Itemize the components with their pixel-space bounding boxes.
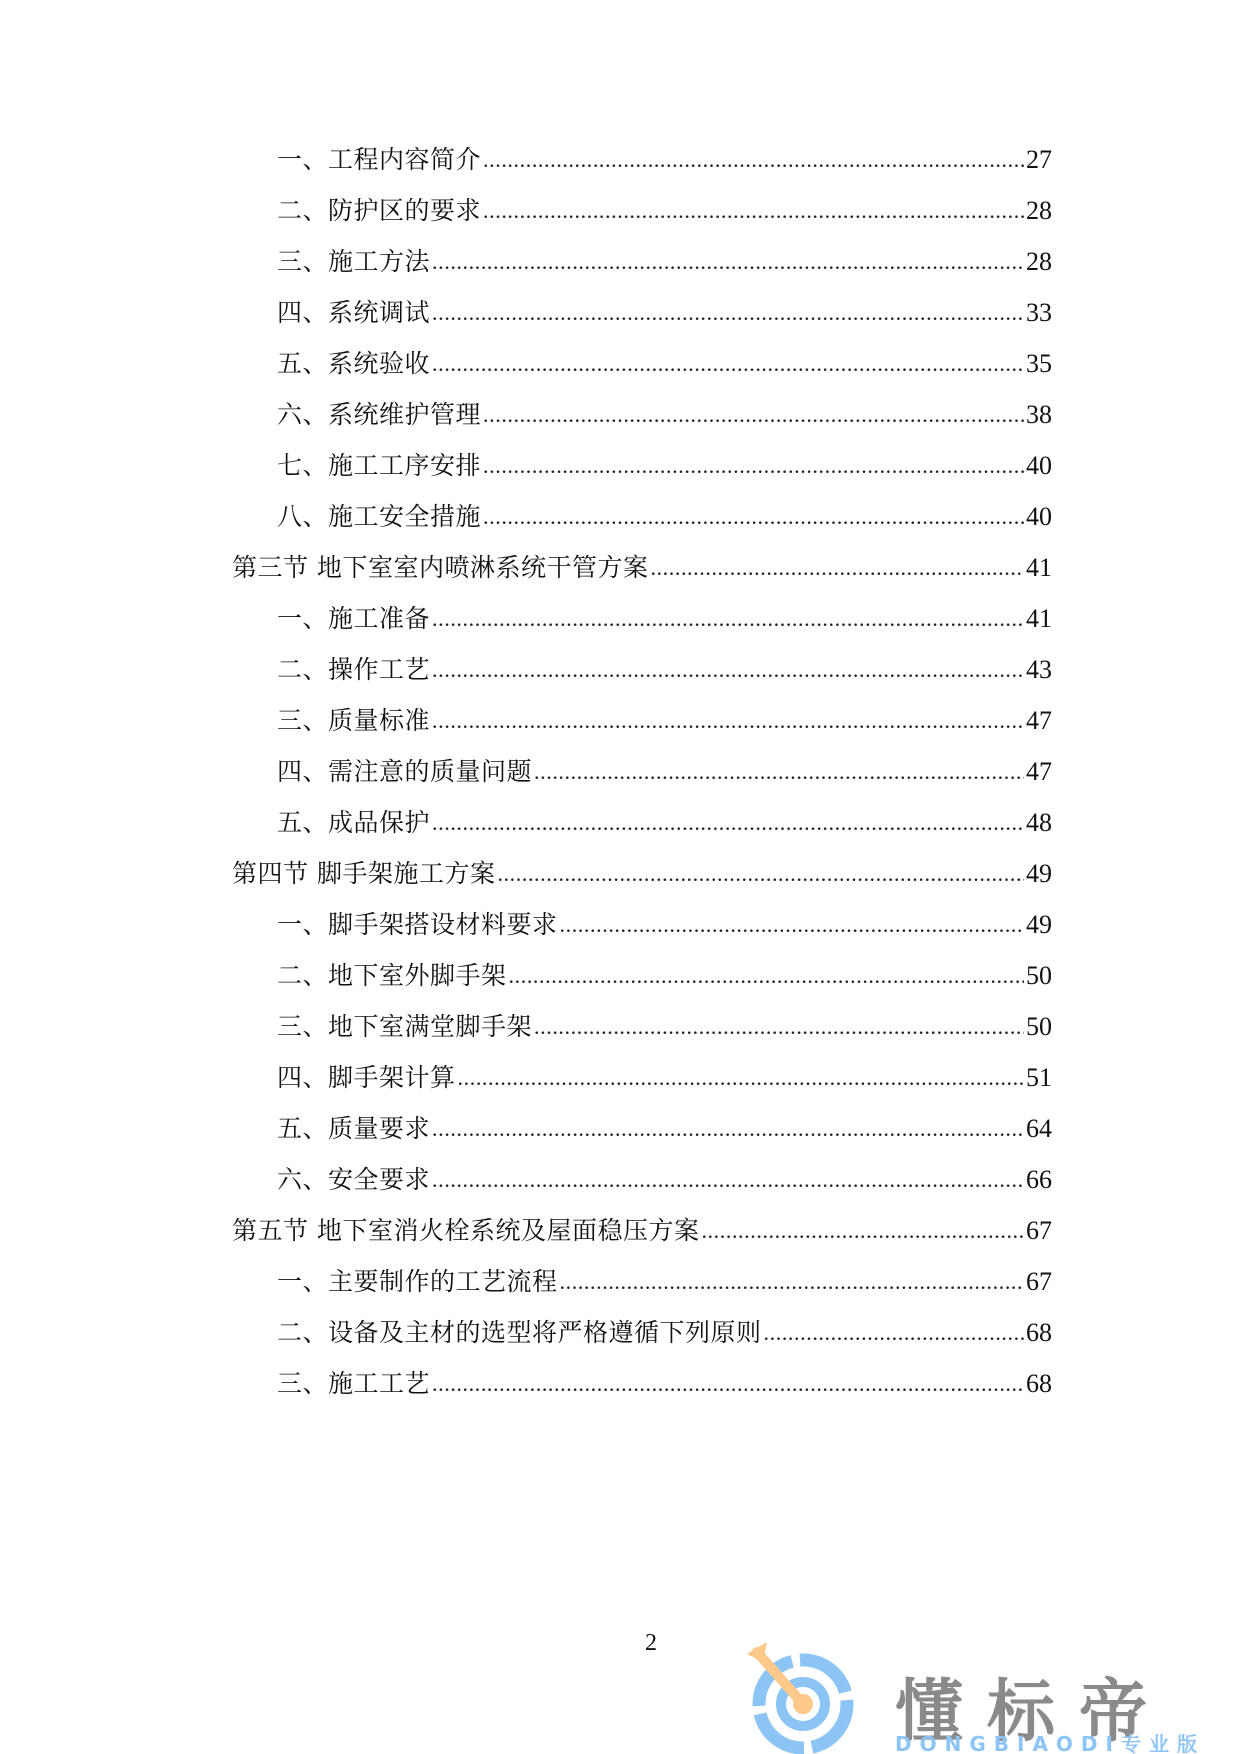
watermark-logo: 懂标帝 DONGBIAODI专业版 [745, 1640, 1241, 1754]
toc-entry-title: 二、设备及主材的选型将严格遵循下列原则 [277, 1318, 762, 1348]
dot-leader [483, 196, 1024, 226]
toc-entry[interactable]: 二、操作工艺43 [277, 645, 1052, 685]
toc-entry-page: 67 [1026, 1216, 1052, 1246]
dot-leader [509, 961, 1024, 991]
toc-entry-title: 一、脚手架搭设材料要求 [277, 910, 558, 940]
toc-entry-title: 六、系统维护管理 [277, 400, 481, 430]
dot-leader [560, 1267, 1024, 1297]
toc-entry[interactable]: 一、施工准备41 [277, 594, 1052, 634]
target-arrow-icon [745, 1640, 865, 1754]
toc-entry[interactable]: 三、地下室满堂脚手架50 [277, 1002, 1052, 1042]
toc-entry-page: 68 [1026, 1318, 1052, 1348]
toc-entry-page: 41 [1026, 604, 1052, 634]
toc-entry-page: 64 [1026, 1114, 1052, 1144]
dot-leader [483, 502, 1024, 532]
toc-entry-title: 四、脚手架计算 [277, 1063, 456, 1093]
toc-entry-page: 49 [1026, 910, 1052, 940]
toc-entry[interactable]: 一、主要制作的工艺流程67 [277, 1257, 1052, 1297]
toc-entry-page: 33 [1026, 298, 1052, 328]
toc-entry[interactable]: 三、施工工艺68 [277, 1359, 1052, 1399]
toc-entry[interactable]: 八、施工安全措施40 [277, 492, 1052, 532]
toc-entry[interactable]: 四、系统调试33 [277, 288, 1052, 328]
dot-leader [432, 247, 1024, 277]
toc-entry-title: 三、地下室满堂脚手架 [277, 1012, 532, 1042]
toc-entry[interactable]: 三、施工方法28 [277, 237, 1052, 277]
toc-section[interactable]: 第五节 地下室消火栓系统及屋面稳压方案67 [232, 1206, 1052, 1246]
toc-entry-title: 五、系统验收 [277, 349, 430, 379]
dot-leader [432, 655, 1024, 685]
dot-leader [432, 706, 1024, 736]
toc-entry-title: 二、地下室外脚手架 [277, 961, 507, 991]
toc-entry[interactable]: 四、需注意的质量问题47 [277, 747, 1052, 787]
watermark-subtitle: DONGBIAODI专业版 [895, 1728, 1205, 1754]
toc-entry[interactable]: 六、系统维护管理38 [277, 390, 1052, 430]
toc-entry-title: 一、工程内容简介 [277, 145, 481, 175]
toc-entry-title: 八、施工安全措施 [277, 502, 481, 532]
toc-entry[interactable]: 六、安全要求66 [277, 1155, 1052, 1195]
toc-entry-page: 67 [1026, 1267, 1052, 1297]
toc-entry-page: 40 [1026, 451, 1052, 481]
toc-entry-page: 41 [1026, 553, 1052, 583]
toc-entry[interactable]: 三、质量标准47 [277, 696, 1052, 736]
toc-entry[interactable]: 二、设备及主材的选型将严格遵循下列原则68 [277, 1308, 1052, 1348]
page-number: 2 [645, 1630, 657, 1657]
toc-entry-title: 四、需注意的质量问题 [277, 757, 532, 787]
toc-entry-title: 三、施工方法 [277, 247, 430, 277]
toc-entry[interactable]: 五、质量要求64 [277, 1104, 1052, 1144]
toc-entry-page: 28 [1026, 196, 1052, 226]
dot-leader [560, 910, 1024, 940]
toc-entry-page: 50 [1026, 1012, 1052, 1042]
dot-leader [432, 808, 1024, 838]
toc-entry-page: 28 [1026, 247, 1052, 277]
toc-entry-page: 49 [1026, 859, 1052, 889]
toc-entry-title: 第三节 地下室室内喷淋系统干管方案 [232, 553, 648, 583]
dot-leader [432, 1114, 1024, 1144]
toc-entry-title: 三、质量标准 [277, 706, 430, 736]
toc-entry-page: 35 [1026, 349, 1052, 379]
toc-entry-page: 50 [1026, 961, 1052, 991]
dot-leader [764, 1318, 1024, 1348]
toc-entry[interactable]: 一、工程内容简介27 [277, 135, 1052, 175]
dot-leader [483, 451, 1024, 481]
toc-entry-page: 43 [1026, 655, 1052, 685]
dot-leader [432, 298, 1024, 328]
toc-entry-title: 六、安全要求 [277, 1165, 430, 1195]
dot-leader [483, 400, 1024, 430]
toc-entry-page: 66 [1026, 1165, 1052, 1195]
dot-leader [497, 859, 1024, 889]
toc-entry[interactable]: 五、系统验收35 [277, 339, 1052, 379]
dot-leader [432, 1165, 1024, 1195]
toc-entry-title: 第五节 地下室消火栓系统及屋面稳压方案 [232, 1216, 699, 1246]
toc-entry-title: 五、成品保护 [277, 808, 430, 838]
dot-leader [534, 757, 1024, 787]
dot-leader [458, 1063, 1024, 1093]
dot-leader [534, 1012, 1024, 1042]
toc-entry-page: 68 [1026, 1369, 1052, 1399]
toc-entry-title: 一、主要制作的工艺流程 [277, 1267, 558, 1297]
toc-entry-page: 47 [1026, 757, 1052, 787]
toc-entry-title: 二、防护区的要求 [277, 196, 481, 226]
toc-entry-page: 38 [1026, 400, 1052, 430]
dot-leader [432, 349, 1024, 379]
toc-section[interactable]: 第三节 地下室室内喷淋系统干管方案41 [232, 543, 1052, 583]
toc-entry-page: 40 [1026, 502, 1052, 532]
toc-entry-title: 第四节 脚手架施工方案 [232, 859, 495, 889]
toc-entry-page: 27 [1026, 145, 1052, 175]
toc-entry-title: 四、系统调试 [277, 298, 430, 328]
dot-leader [650, 553, 1024, 583]
toc-entry-page: 51 [1026, 1063, 1052, 1093]
toc-entry[interactable]: 二、地下室外脚手架50 [277, 951, 1052, 991]
toc-entry[interactable]: 二、防护区的要求28 [277, 186, 1052, 226]
dot-leader [432, 604, 1024, 634]
toc-entry-page: 48 [1026, 808, 1052, 838]
toc-entry-title: 三、施工工艺 [277, 1369, 430, 1399]
dot-leader [701, 1216, 1024, 1246]
toc-entry-page: 47 [1026, 706, 1052, 736]
toc-entry[interactable]: 一、脚手架搭设材料要求49 [277, 900, 1052, 940]
dot-leader [432, 1369, 1024, 1399]
toc-entry-title: 七、施工工序安排 [277, 451, 481, 481]
toc-entry-title: 一、施工准备 [277, 604, 430, 634]
toc-entry-title: 五、质量要求 [277, 1114, 430, 1144]
toc-entry[interactable]: 七、施工工序安排40 [277, 441, 1052, 481]
dot-leader [483, 145, 1024, 175]
toc-entry[interactable]: 五、成品保护48 [277, 798, 1052, 838]
toc-entry[interactable]: 四、脚手架计算51 [277, 1053, 1052, 1093]
toc-entry-title: 二、操作工艺 [277, 655, 430, 685]
toc-section[interactable]: 第四节 脚手架施工方案49 [232, 849, 1052, 889]
